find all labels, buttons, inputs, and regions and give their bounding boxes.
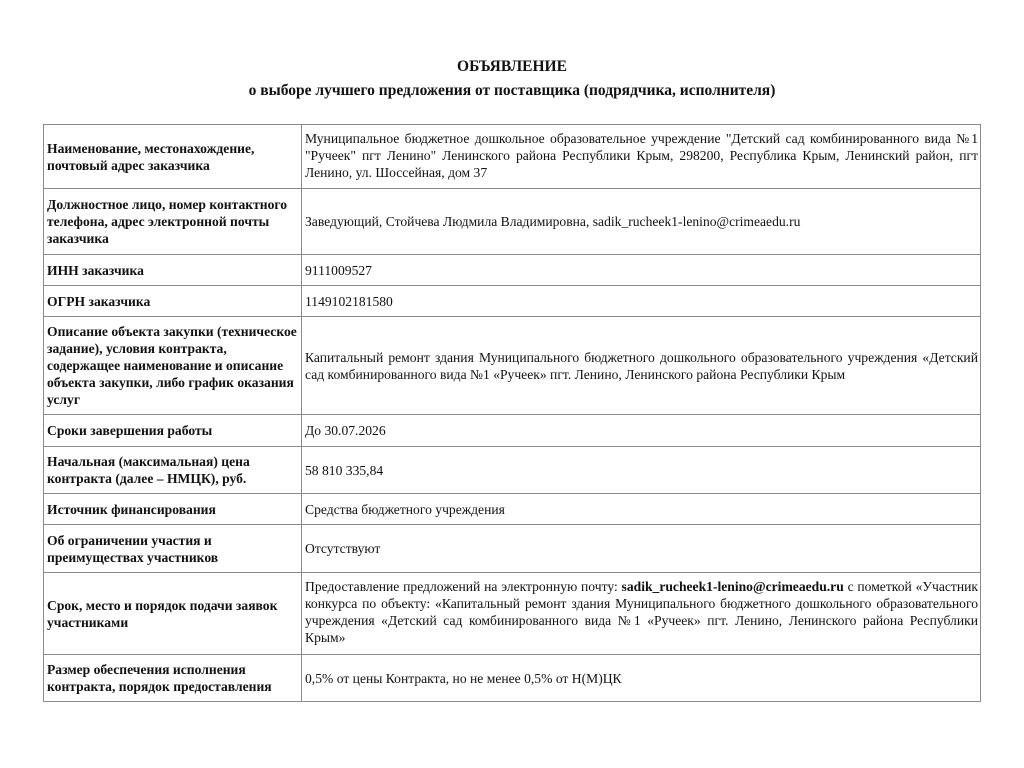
table-row-security-amount: Размер обеспечения исполнения контракта,… <box>44 655 981 702</box>
row-label: Источник финансирования <box>44 494 302 525</box>
row-label: Размер обеспечения исполнения контракта,… <box>44 655 302 702</box>
row-value: Средства бюджетного учреждения <box>302 494 981 525</box>
row-label: Наименование, местонахождение, почтовый … <box>44 125 302 189</box>
row-value: Предоставление предложений на электронну… <box>302 573 981 655</box>
submission-text-prefix: Предоставление предложений на электронну… <box>305 579 622 594</box>
table-row-procurement-description: Описание объекта закупки (техническое за… <box>44 317 981 415</box>
document-subtitle: о выборе лучшего предложения от поставщи… <box>0 81 1024 101</box>
row-value: Муниципальное бюджетное дошкольное образ… <box>302 125 981 189</box>
row-value: 0,5% от цены Контракта, но не менее 0,5%… <box>302 655 981 702</box>
document-title: ОБЪЯВЛЕНИЕ <box>0 57 1024 77</box>
row-label: Должностное лицо, номер контактного теле… <box>44 189 302 255</box>
row-value: 1149102181580 <box>302 286 981 317</box>
row-label: Об ограничении участия и преимуществах у… <box>44 525 302 573</box>
table-row-submission-procedure: Срок, место и порядок подачи заявок учас… <box>44 573 981 655</box>
row-value: Капитальный ремонт здания Муниципального… <box>302 317 981 415</box>
notice-table: Наименование, местонахождение, почтовый … <box>43 124 981 702</box>
table-row-inn: ИНН заказчика 9111009527 <box>44 255 981 286</box>
table-row-restrictions: Об ограничении участия и преимуществах у… <box>44 525 981 573</box>
row-label: Срок, место и порядок подачи заявок учас… <box>44 573 302 655</box>
row-label: ИНН заказчика <box>44 255 302 286</box>
table-row-ogrn: ОГРН заказчика 1149102181580 <box>44 286 981 317</box>
row-value: До 30.07.2026 <box>302 415 981 447</box>
table-row-customer-name: Наименование, местонахождение, почтовый … <box>44 125 981 189</box>
row-value: Заведующий, Стойчева Людмила Владимировн… <box>302 189 981 255</box>
table-row-contact-person: Должностное лицо, номер контактного теле… <box>44 189 981 255</box>
row-value: 9111009527 <box>302 255 981 286</box>
table-row-funding-source: Источник финансирования Средства бюджетн… <box>44 494 981 525</box>
table-row-deadline: Сроки завершения работы До 30.07.2026 <box>44 415 981 447</box>
table-row-initial-price: Начальная (максимальная) цена контракта … <box>44 447 981 494</box>
row-label: Описание объекта закупки (техническое за… <box>44 317 302 415</box>
row-value: 58 810 335,84 <box>302 447 981 494</box>
row-label: ОГРН заказчика <box>44 286 302 317</box>
row-label: Сроки завершения работы <box>44 415 302 447</box>
row-label: Начальная (максимальная) цена контракта … <box>44 447 302 494</box>
row-value: Отсутствуют <box>302 525 981 573</box>
submission-email-link[interactable]: sadik_rucheek1-lenino@crimeaedu.ru <box>622 579 844 594</box>
